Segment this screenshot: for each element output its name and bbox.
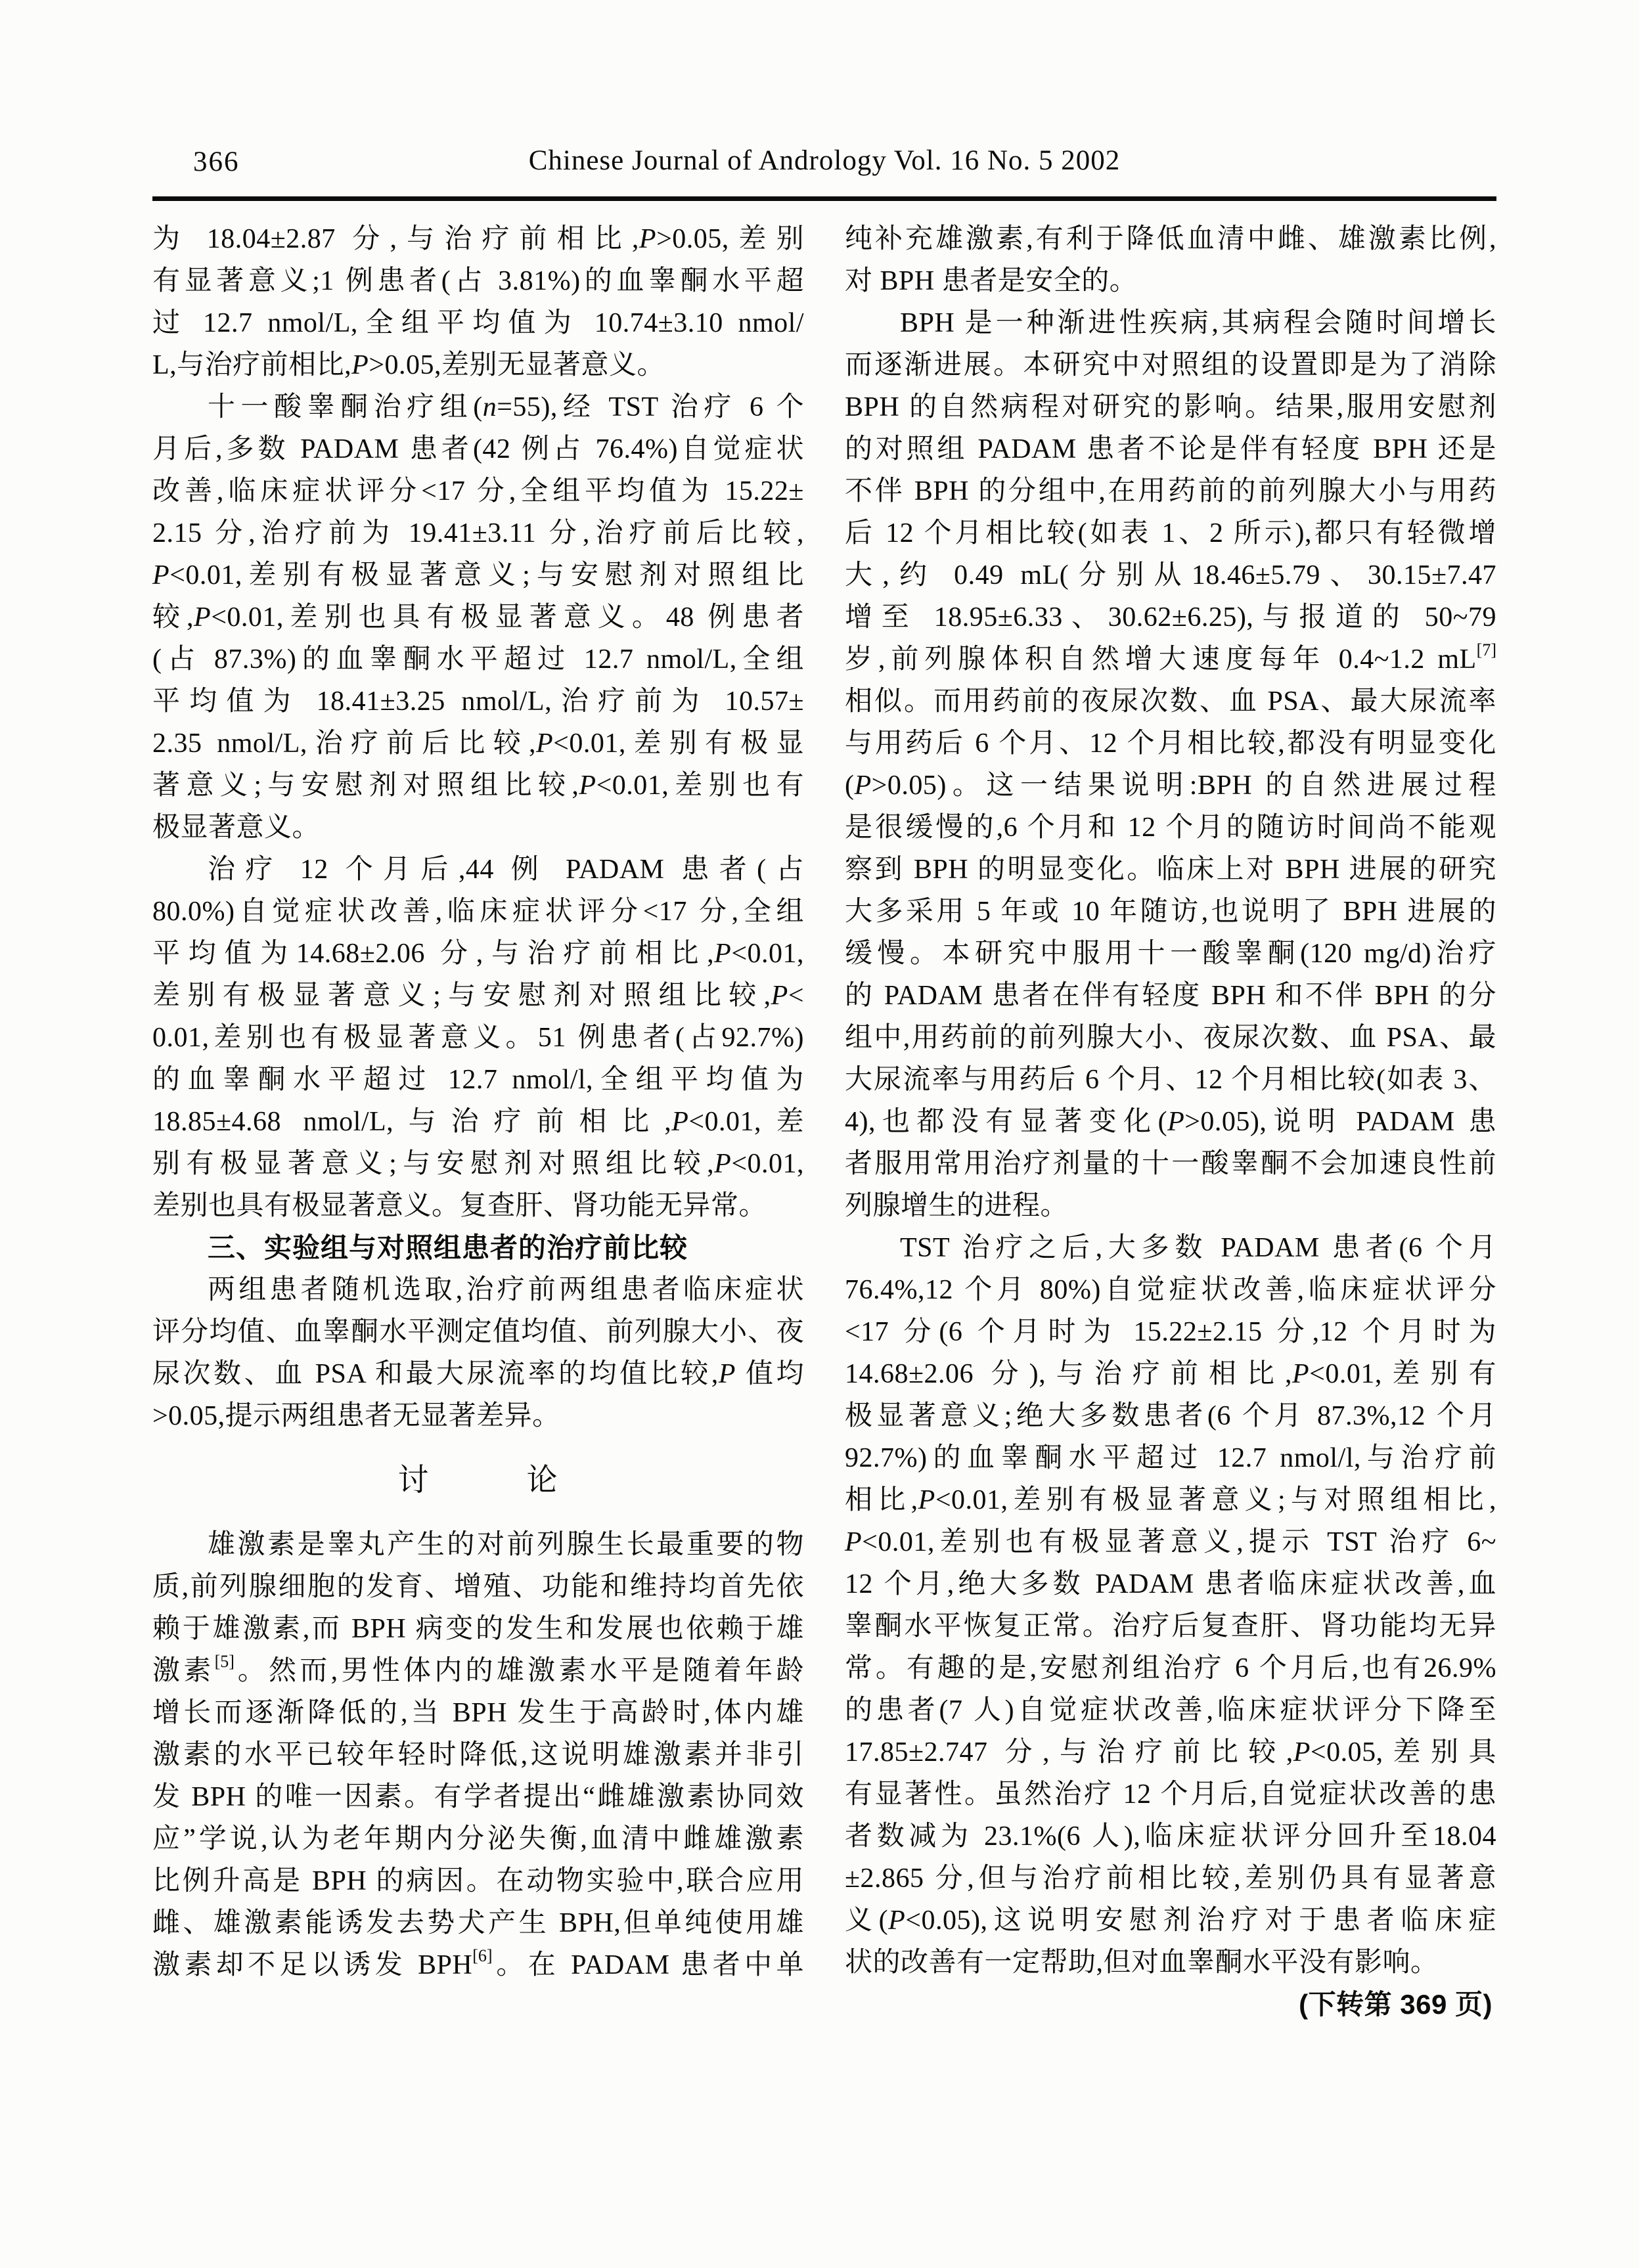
text-line: 12 个月,绝大多数 PADAM 患者临床症状改善,血 — [845, 1563, 1496, 1605]
text-line: 对 BPH 患者是安全的。 — [845, 260, 1496, 302]
text-line: 相比,P<0.01,差别有极显著意义;与对照组相比, — [845, 1479, 1496, 1521]
text-line: 雌、雄激素能诱发去势犬产生 BPH,但单纯使用雄 — [152, 1902, 804, 1944]
text-line: 大多采用 5 年或 10 年随访,也说明了 BPH 进展的 — [845, 891, 1496, 933]
journal-title: Chinese Journal of Andrology Vol. 16 No.… — [152, 145, 1496, 177]
text-line: 平均值为 18.41±3.25 nmol/L,治疗前为 10.57± — [152, 680, 804, 723]
discussion-section-heading: 讨 论 — [152, 1459, 804, 1501]
text-line: 激素[5]。然而,男性体内的雄激素水平是随着年龄 — [152, 1650, 804, 1692]
text-line: 者服用常用治疗剂量的十一酸睾酮不会加速良性前 — [845, 1143, 1496, 1185]
continuation-note: (下转第 369 页) — [845, 1984, 1496, 2026]
text-line: 过 12.7 nmol/L,全组平均值为 10.74±3.10 nmol/ — [152, 302, 804, 344]
text-line: 发 BPH 的唯一因素。有学者提出“雌雄激素协同效 — [152, 1776, 804, 1818]
text-line: 激素的水平已较年轻时降低,这说明雄激素并非引 — [152, 1734, 804, 1776]
text-line: 92.7%)的血睾酮水平超过 12.7 nmol/l,与治疗前 — [845, 1437, 1496, 1479]
text-line: 17.85±2.747 分,与治疗前比较,P<0.05,差别具 — [845, 1731, 1496, 1773]
text-line: 不伴 BPH 的分组中,在用药前的前列腺大小与用药 — [845, 470, 1496, 512]
text-line: 十一酸睾酮治疗组(n=55),经 TST 治疗 6 个 — [152, 386, 804, 428]
text-line: (P>0.05)。这一结果说明:BPH 的自然进展过程 — [845, 765, 1496, 807]
text-line: 尿次数、血 PSA 和最大尿流率的均值比较,P 值均 — [152, 1353, 804, 1395]
text-line: 的血睾酮水平超过 12.7 nmol/l,全组平均值为 — [152, 1059, 804, 1101]
text-line: <17 分(6 个月时为 15.22±2.15 分,12 个月时为 — [845, 1311, 1496, 1353]
text-line: 较,P<0.01,差别也具有极显著意义。48 例患者 — [152, 596, 804, 638]
text-line: 有显著意义;1 例患者(占 3.81%)的血睾酮水平超 — [152, 260, 804, 302]
left-column: 为 18.04±2.87 分,与治疗前相比,P>0.05,差别有显著意义;1 例… — [152, 218, 804, 2026]
two-column-body: 为 18.04±2.87 分,与治疗前相比,P>0.05,差别有显著意义;1 例… — [152, 218, 1496, 2026]
text-line: 为 18.04±2.87 分,与治疗前相比,P>0.05,差别 — [152, 218, 804, 260]
text-line: TST 治疗之后,大多数 PADAM 患者(6 个月 — [845, 1227, 1496, 1269]
text-line: 增长而逐渐降低的,当 BPH 发生于高龄时,体内雄 — [152, 1692, 804, 1734]
text-line: ±2.865 分,但与治疗前相比较,差别仍具有显著意 — [845, 1857, 1496, 1900]
text-line: 0.01,差别也有极显著意义。51 例患者(占92.7%) — [152, 1017, 804, 1059]
text-line: 激素却不足以诱发 BPH[6]。在 PADAM 患者中单 — [152, 1944, 804, 1986]
text-line: 极显著意义;绝大多数患者(6 个月 87.3%,12 个月 — [845, 1395, 1496, 1437]
text-line: 月后,多数 PADAM 患者(42 例占 76.4%)自觉症状 — [152, 428, 804, 470]
journal-page: 366 Chinese Journal of Andrology Vol. 16… — [0, 0, 1639, 2268]
text-line: 2.35 nmol/L,治疗前后比较,P<0.01,差别有极显 — [152, 723, 804, 765]
text-line: 极显著意义。 — [152, 807, 804, 849]
text-line: 76.4%,12 个月 80%)自觉症状改善,临床症状评分 — [845, 1269, 1496, 1311]
text-line: 者数减为 23.1%(6 人),临床症状评分回升至18.04 — [845, 1815, 1496, 1857]
text-line: 大,约 0.49 mL(分别从18.46±5.79、30.15±7.47 — [845, 554, 1496, 596]
text-line: 治疗 12 个月后,44 例 PADAM 患者(占 — [152, 849, 804, 891]
header-divider-rule — [152, 196, 1496, 201]
text-line: 察到 BPH 的明显变化。临床上对 BPH 进展的研究 — [845, 849, 1496, 891]
subsection-heading: 三、实验组与对照组患者的治疗前比较 — [152, 1227, 804, 1269]
text-line: 雄激素是睾丸产生的对前列腺生长最重要的物 — [152, 1524, 804, 1566]
text-line: BPH 是一种渐进性疾病,其病程会随时间增长 — [845, 302, 1496, 344]
text-line: 平均值为14.68±2.06 分,与治疗前相比,P<0.01, — [152, 933, 804, 975]
text-line: 14.68±2.06 分),与治疗前相比,P<0.01,差别有 — [845, 1353, 1496, 1395]
text-line: 的 PADAM 患者在伴有轻度 BPH 和不伴 BPH 的分 — [845, 975, 1496, 1017]
text-line: 80.0%)自觉症状改善,临床症状评分<17 分,全组 — [152, 891, 804, 933]
text-line: 差别有极显著意义;与安慰剂对照组比较,P< — [152, 975, 804, 1017]
text-line: 的患者(7 人)自觉症状改善,临床症状评分下降至 — [845, 1689, 1496, 1731]
text-line: P<0.01,差别也有极显著意义,提示 TST 治疗 6~ — [845, 1521, 1496, 1563]
text-line: P<0.01,差别有极显著意义;与安慰剂对照组比 — [152, 554, 804, 596]
text-line: 有显著性。虽然治疗 12 个月后,自觉症状改善的患 — [845, 1773, 1496, 1815]
text-line: BPH 的自然病程对研究的影响。结果,服用安慰剂 — [845, 386, 1496, 428]
text-line: 睾酮水平恢复正常。治疗后复查肝、肾功能均无异 — [845, 1605, 1496, 1647]
text-line: 18.85±4.68 nmol/L,与治疗前相比,P<0.01,差 — [152, 1101, 804, 1143]
text-line: 而逐渐进展。本研究中对照组的设置即是为了消除 — [845, 344, 1496, 386]
text-line: 应”学说,认为老年期内分泌失衡,血清中雌雄激素 — [152, 1818, 804, 1860]
text-line: 增至 18.95±6.33、30.62±6.25),与报道的 50~79 — [845, 596, 1496, 638]
right-column: 纯补充雄激素,有利于降低血清中雌、雄激素比例,对 BPH 患者是安全的。BPH … — [845, 218, 1496, 2026]
text-line: 两组患者随机选取,治疗前两组患者临床症状 — [152, 1269, 804, 1311]
text-line: 是很缓慢的,6 个月和 12 个月的随访时间尚不能观 — [845, 807, 1496, 849]
text-line: 改善,临床症状评分<17 分,全组平均值为 15.22± — [152, 470, 804, 512]
text-line: 组中,用药前的前列腺大小、夜尿次数、血 PSA、最 — [845, 1017, 1496, 1059]
text-line: 著意义;与安慰剂对照组比较,P<0.01,差别也有 — [152, 765, 804, 807]
text-line: 赖于雄激素,而 BPH 病变的发生和发展也依赖于雄 — [152, 1608, 804, 1650]
text-line: 差别也具有极显著意义。复查肝、肾功能无异常。 — [152, 1185, 804, 1227]
text-line: >0.05,提示两组患者无显著差异。 — [152, 1395, 804, 1437]
text-line: 纯补充雄激素,有利于降低血清中雌、雄激素比例, — [845, 218, 1496, 260]
text-line: 别有极显著意义;与安慰剂对照组比较,P<0.01, — [152, 1143, 804, 1185]
page-header: 366 Chinese Journal of Andrology Vol. 16… — [152, 145, 1496, 179]
text-line: (占 87.3%)的血睾酮水平超过 12.7 nmol/L,全组 — [152, 638, 804, 680]
text-line: 状的改善有一定帮助,但对血睾酮水平没有影响。 — [845, 1942, 1496, 1984]
text-line: 4),也都没有显著变化(P>0.05),说明 PADAM 患 — [845, 1101, 1496, 1143]
text-line: 后 12 个月相比较(如表 1、2 所示),都只有轻微增 — [845, 512, 1496, 554]
text-line: 大尿流率与用药后 6 个月、12 个月相比较(如表 3、 — [845, 1059, 1496, 1101]
text-line: L,与治疗前相比,P>0.05,差别无显著意义。 — [152, 344, 804, 386]
text-line: 常。有趣的是,安慰剂组治疗 6 个月后,也有26.9% — [845, 1647, 1496, 1689]
text-line: 义(P<0.05),这说明安慰剂治疗对于患者临床症 — [845, 1900, 1496, 1942]
text-line: 缓慢。本研究中服用十一酸睾酮(120 mg/d)治疗 — [845, 933, 1496, 975]
text-line: 评分均值、血睾酮水平测定值均值、前列腺大小、夜 — [152, 1311, 804, 1353]
text-line: 2.15 分,治疗前为 19.41±3.11 分,治疗前后比较, — [152, 512, 804, 554]
text-line: 与用药后 6 个月、12 个月相比较,都没有明显变化 — [845, 723, 1496, 765]
text-line: 比例升高是 BPH 的病因。在动物实验中,联合应用 — [152, 1860, 804, 1902]
text-line: 列腺增生的进程。 — [845, 1185, 1496, 1227]
text-line: 岁,前列腺体积自然增大速度每年 0.4~1.2 mL[7] — [845, 638, 1496, 680]
text-line: 的对照组 PADAM 患者不论是伴有轻度 BPH 还是 — [845, 428, 1496, 470]
page-number: 366 — [193, 146, 240, 178]
text-line: 质,前列腺细胞的发育、增殖、功能和维持均首先依 — [152, 1566, 804, 1608]
text-line: 相似。而用药前的夜尿次数、血 PSA、最大尿流率 — [845, 680, 1496, 723]
